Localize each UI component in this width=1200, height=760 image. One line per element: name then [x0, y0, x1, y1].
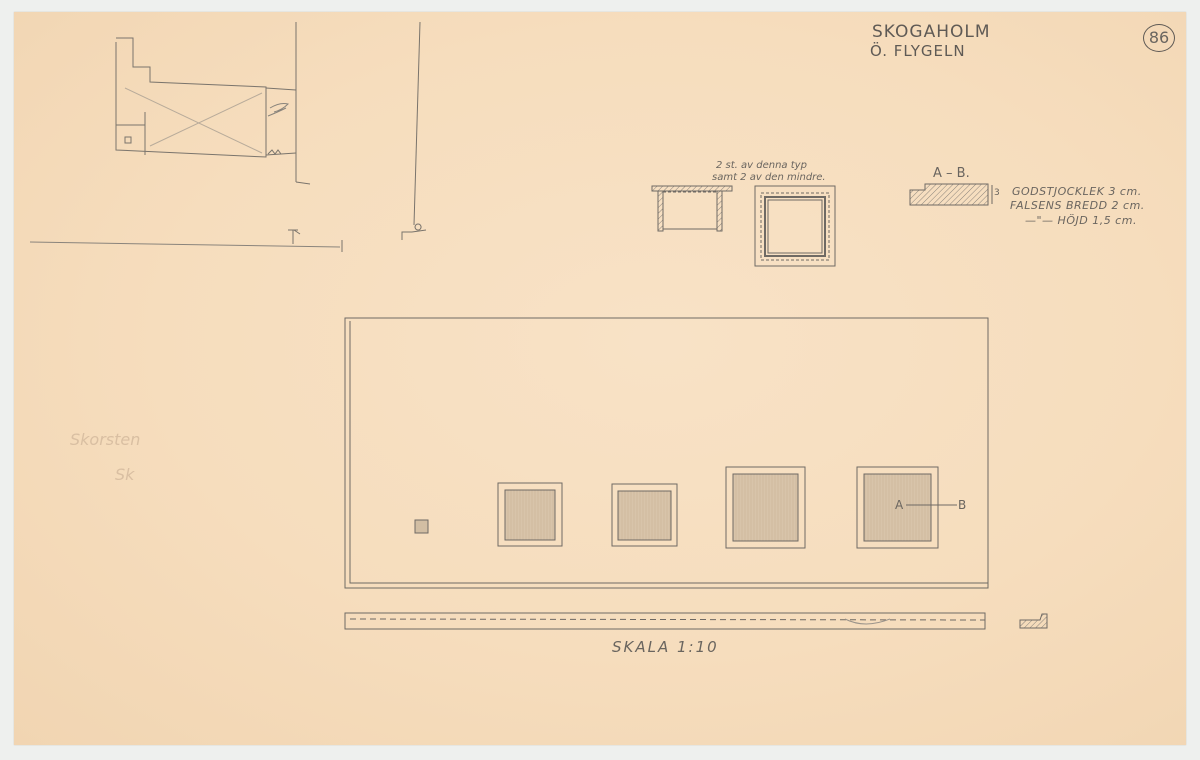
- scale-label: SKALA 1:10: [612, 638, 719, 656]
- main-elevation: [345, 318, 1047, 629]
- spec-rebate-height: —"— HÖJD 1,5 cm.: [1025, 214, 1137, 227]
- section-label: A – B.: [933, 166, 970, 181]
- faint-erased-mark: Sk: [115, 465, 134, 484]
- site-plan-sketch: [30, 22, 426, 252]
- section-detail-plan: [755, 186, 835, 266]
- technical-drawing: [0, 0, 1200, 760]
- section-detail-profile: [652, 186, 732, 231]
- quantity-note-line-1: 2 st. av denna typ: [716, 160, 807, 171]
- spec-rebate-width: FALSENS BREDD 2 cm.: [1010, 199, 1145, 212]
- section-dimension: 3: [994, 188, 1000, 198]
- spec-wall-thickness: GODSTJOCKLEK 3 cm.: [1012, 185, 1142, 198]
- drawing-subtitle: Ö. FLYGELN: [870, 42, 966, 60]
- cut-label-b: B: [958, 498, 966, 512]
- section-a-b-profile: [910, 184, 992, 205]
- faint-erased-mark: Skorsten: [70, 430, 140, 449]
- drawing-title: SKOGAHOLM: [872, 22, 991, 42]
- cut-label-a: A: [895, 498, 903, 512]
- sheet-number-badge: 86: [1143, 24, 1175, 52]
- quantity-note-line-2: samt 2 av den mindre.: [712, 172, 826, 183]
